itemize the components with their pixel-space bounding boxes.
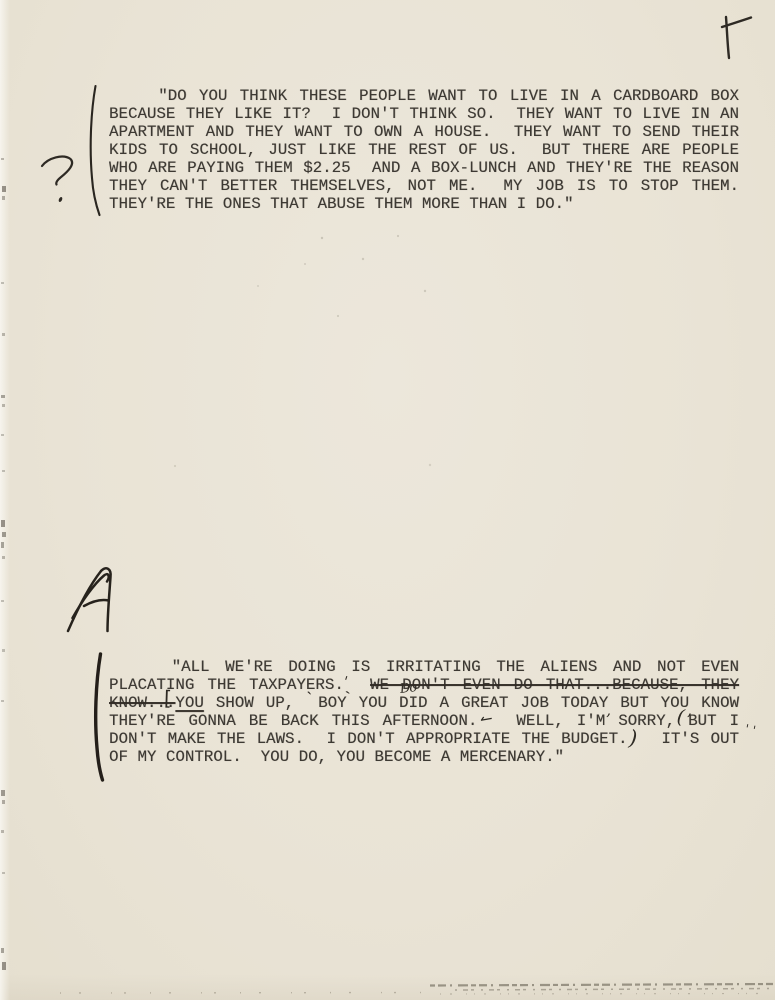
typed-line: PLACATING THE TAXPAYERS.' WE DON'T EVEN … <box>109 676 739 694</box>
typed-segment: KNOW <box>689 694 739 712</box>
typed-line: "DO YOU THINK THESE PEOPLE WANT TO LIVE … <box>109 87 739 105</box>
typed-line: DON'T MAKE THE LAWS. I DON'T APPROPRIATE… <box>109 730 739 748</box>
struck-text: KNOW... <box>109 694 175 712</box>
typed-segment: YOU <box>347 694 399 712</box>
margin-line-paragraph-2 <box>96 654 103 780</box>
typed-segment: DON'T MAKE THE LAWS. I DON'T APPROPRIATE… <box>109 730 628 748</box>
margin-scribble <box>68 568 111 631</box>
typed-segment: A GREAT JOB <box>428 694 561 712</box>
typed-line: APARTMENT AND THEY WANT TO OWN A HOUSE. … <box>109 123 739 141</box>
document-page: "DO YOU THINK THESE PEOPLE WANT TO LIVE … <box>0 0 775 1000</box>
typed-segment: PLACATING THE TAXPAYERS. <box>109 676 344 694</box>
typed-segment: BUT <box>608 694 660 712</box>
typed-line: KNOW...[YOU SHOW UP, `BOY` YOU DoDID A G… <box>109 694 739 712</box>
pen-underlined-word: YOU <box>175 694 203 712</box>
typed-line: THEY CAN'T BETTER THEMSELVES, NOT ME. MY… <box>109 177 739 195</box>
typed-line: KIDS TO SCHOOL, JUST LIKE THE REST OF US… <box>109 141 739 159</box>
pen-tick-glyph: '' <box>743 720 761 741</box>
margin-line-paragraph-1 <box>91 86 100 215</box>
typed-line: THEY'RE THE ONES THAT ABUSE THEM MORE TH… <box>109 195 739 213</box>
bottom-scan-edge-noise <box>60 984 773 994</box>
typed-line: WHO ARE PAYING THEM $2.25 AND A BOX-LUNC… <box>109 159 739 177</box>
typed-line: BECAUSE THEY LIKE IT? I DON'T THINK SO. … <box>109 105 739 123</box>
paragraph-quote-2: "ALL WE'RE DOING IS IRRITATING THE ALIEN… <box>109 658 739 766</box>
typed-segment: THEY'RE GONNA BE BACK THIS AFTERNOON. <box>109 712 477 730</box>
typed-segment <box>477 712 516 730</box>
typed-segment: BOY <box>318 694 346 712</box>
left-edge-scan-specks <box>1 158 6 970</box>
typed-line: OF MY CONTROL. YOU DO, YOU BECOME A MERC… <box>109 748 739 766</box>
typed-line: THEY'RE GONNA BE BACK THIS AFTERNOON.↼ W… <box>109 712 739 730</box>
typed-segment: WELL, I'M SORRY, <box>516 712 688 730</box>
paragraph-quote-1: "DO YOU THINK THESE PEOPLE WANT TO LIVE … <box>109 87 739 213</box>
typed-segment <box>628 730 662 748</box>
typed-segment: BUT I <box>688 712 739 730</box>
typed-line: "ALL WE'RE DOING IS IRRITATING THE ALIEN… <box>109 658 739 676</box>
typed-segment <box>344 676 370 694</box>
typed-segment: DID <box>399 694 427 712</box>
typed-segment: TODAY <box>561 694 608 712</box>
struck-text: WE DON'T EVEN DO THAT...BECAUSE, THEY <box>370 676 739 694</box>
typed-segment: IT'S OUT <box>661 730 739 748</box>
corner-tick-mark <box>722 17 751 58</box>
margin-question-mark <box>42 157 72 203</box>
typed-segment: YOU <box>661 694 689 712</box>
typed-segment: SHOW UP, <box>204 694 318 712</box>
